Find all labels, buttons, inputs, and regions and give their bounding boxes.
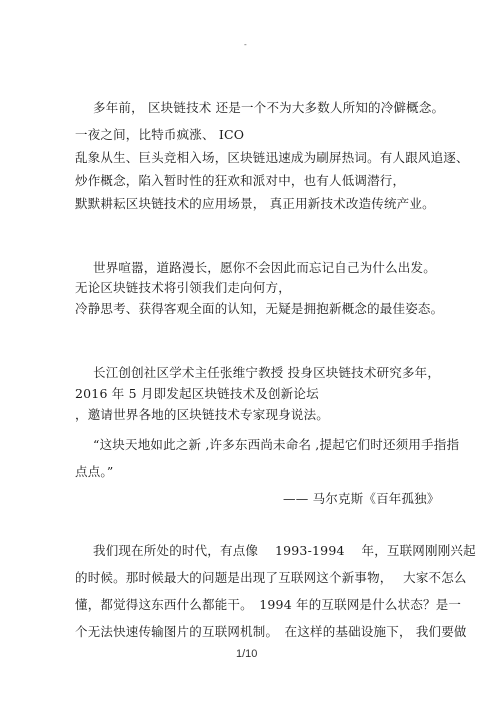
- paragraph-1-line-1: 多年前， 区块链技术 还是一个不为大多数人所知的冷僻概念。: [93, 100, 444, 116]
- document-page: - 多年前， 区块链技术 还是一个不为大多数人所知的冷僻概念。 一夜之间，比特币…: [0, 0, 500, 708]
- page-number: 1/10: [236, 648, 257, 660]
- paragraph-2-line-1: 世界喧嚣，道路漫长，愿你不会因此而忘记自己为什么出发。: [93, 260, 436, 276]
- paragraph-1-line-3: 乱象从生、巨头竞相入场，区块链迅速成为刷屏热词。有人跟风追逐、: [75, 150, 469, 166]
- paragraph-3-line-3: ，邀请世界各地的区块链技术专家现身说法。: [75, 407, 329, 423]
- quote-line-1: “这块天地如此之新 ,许多东西尚未命名 ,提起它们时还须用手指指: [93, 437, 459, 453]
- paragraph-3-line-1: 长江创创社区学术主任张维宁教授 投身区块链技术研究多年，: [93, 365, 440, 381]
- paragraph-1-line-2: 一夜之间，比特币疯涨、 ICO: [75, 127, 244, 143]
- paragraph-1-line-4: 炒作概念，陷入暂时性的狂欢和派对中，也有人低调潜行，: [75, 173, 405, 189]
- paragraph-3-line-2: 2016 年 5 月即发起区块链技术及创新论坛: [75, 386, 319, 402]
- paragraph-1-line-5: 默默耕耘区块链技术的应用场景， 真正用新技术改造传统产业。: [75, 196, 435, 212]
- quote-line-2: 点点。”: [75, 464, 113, 480]
- paragraph-5-line-1: 我们现在所处的时代，有点像 1993-1994 年，互联网刚刚兴起: [93, 543, 476, 559]
- paragraph-2-line-3: 冷静思考、获得客观全面的认知，无疑是拥抱新概念的最佳姿态。: [75, 301, 443, 317]
- quote-attribution: —— 马尔克斯《百年孤独》: [283, 491, 440, 507]
- paragraph-5-line-3: 懂，都觉得这东西什么都能干。 1994 年的互联网是什么状态？是一: [75, 597, 461, 613]
- paragraph-5-line-2: 的时候。那时候最大的问题是出现了互联网这个新事物， 大家不怎么: [75, 570, 467, 586]
- paragraph-2-line-2: 无论区块链技术将引领我们走向何方，: [75, 280, 291, 296]
- header-mark: -: [244, 40, 247, 49]
- paragraph-5-line-4: 个无法快速传输图片的互联网机制。 在这样的基础设施下， 我们要做: [75, 624, 467, 640]
